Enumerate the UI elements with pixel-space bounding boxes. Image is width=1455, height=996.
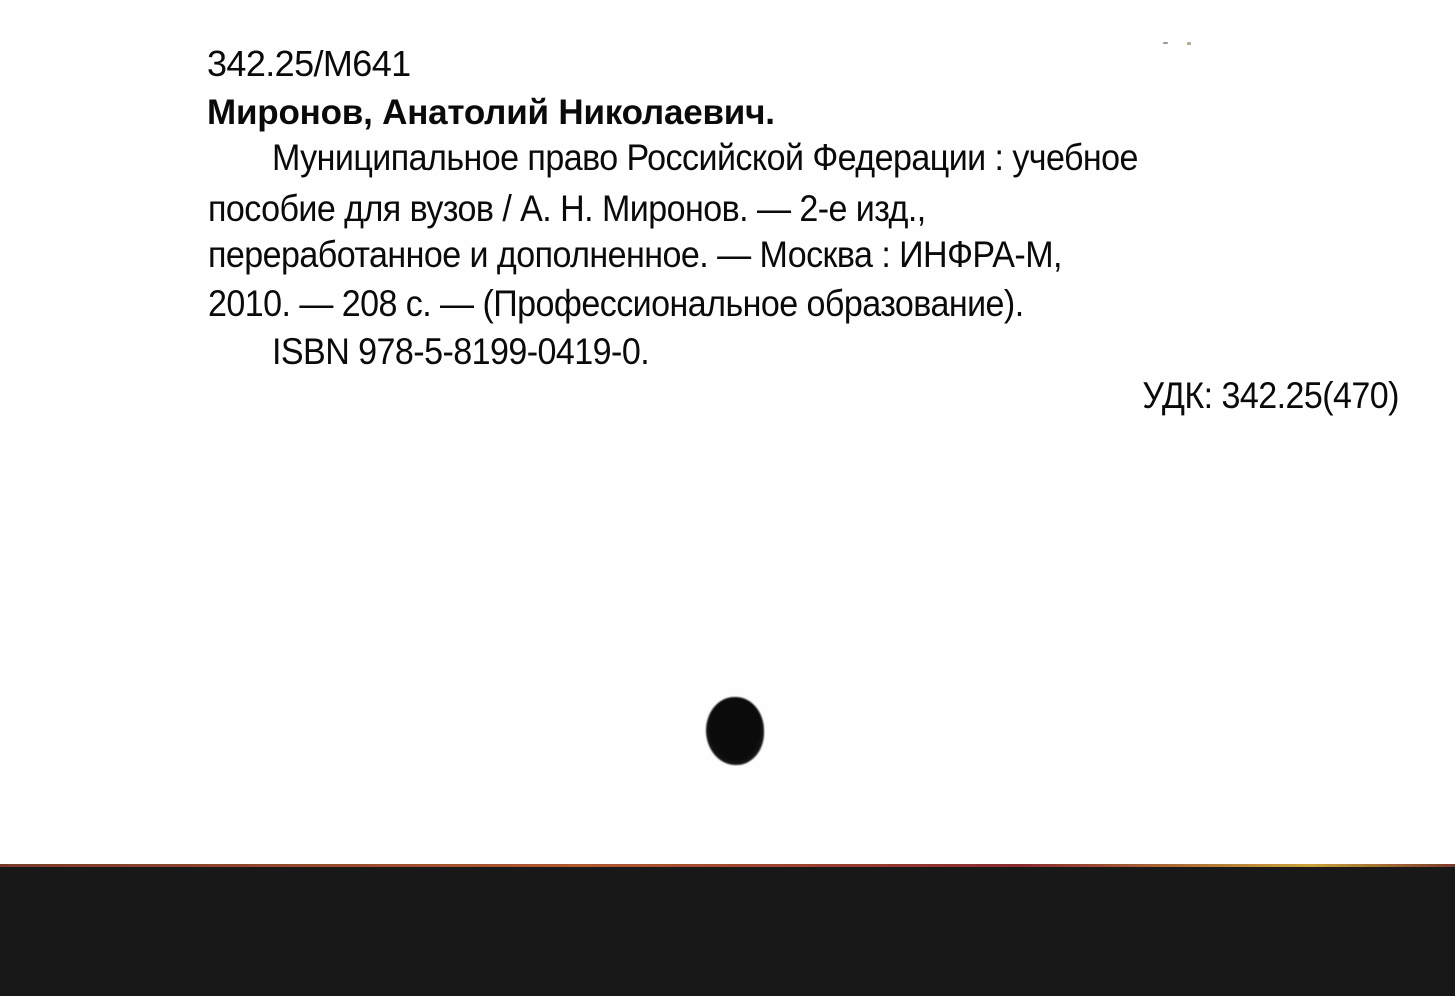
description-line: переработанное и дополненное. — Москва :… [208, 236, 1062, 273]
description-line: пособие для вузов / А. Н. Миронов. — 2-е… [208, 190, 926, 227]
description-line: 2010. — 208 с. — (Профессиональное образ… [208, 285, 1024, 322]
punch-hole-icon [706, 697, 764, 765]
call-number: 342.25/М641 [207, 46, 411, 82]
scan-speck [1187, 42, 1191, 45]
scan-speck [1163, 42, 1168, 44]
isbn: ISBN 978-5-8199-0419-0. [272, 333, 649, 370]
udk-classification: УДК: 342.25(470) [1142, 377, 1399, 414]
author-heading: Миронов, Анатолий Николаевич. [207, 95, 775, 130]
catalog-card: 342.25/М641 Миронов, Анатолий Николаевич… [0, 0, 1455, 866]
description-line: Муниципальное право Российской Федерации… [272, 139, 1138, 176]
scanner-background [0, 867, 1455, 996]
